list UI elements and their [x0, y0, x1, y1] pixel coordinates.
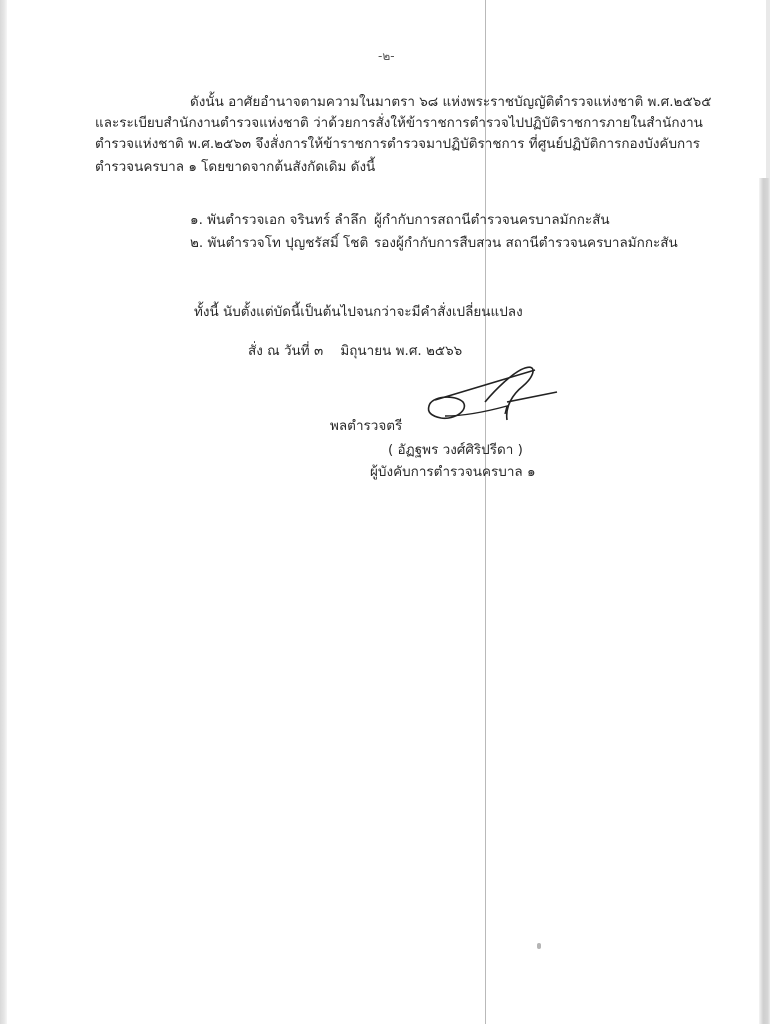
- personnel-name: ๑. พันตำรวจเอก จรินทร์ ลำลึก: [190, 210, 367, 230]
- signatory-title: ผู้บังคับการตำรวจนครบาล ๑: [370, 462, 536, 482]
- page-left-edge-shadow: [0, 0, 7, 1024]
- scan-speck: [537, 943, 541, 949]
- paragraph-line-1: ดังนั้น อาศัยอำนาจตามความในมาตรา ๖๘ แห่ง…: [190, 92, 711, 112]
- signature-icon: [425, 362, 560, 424]
- page-right-edge-shadow: [759, 178, 770, 1024]
- signatory-name: ( อัฏฐพร วงศ์ศิริปรีดา ): [388, 440, 523, 460]
- personnel-name: ๒. พันตำรวจโท ปุญชรัสมิ์ โชติ: [190, 233, 368, 253]
- personnel-position: รองผู้กำกับการสืบสวน สถานีตำรวจนครบาลมัก…: [374, 233, 678, 253]
- paragraph-line-4: ตำรวจนครบาล ๑ โดยขาดจากต้นสังกัดเดิม ดัง…: [95, 157, 375, 177]
- effective-statement: ทั้งนี้ นับตั้งแต่บัดนี้เป็นต้นไปจนกว่าจ…: [194, 302, 523, 322]
- paragraph-line-3: ตำรวจแห่งชาติ พ.ศ.๒๕๖๓ จึงสั่งการให้ข้าร…: [95, 134, 700, 154]
- page-number: -๒-: [378, 47, 395, 66]
- signatory-rank: พลตำรวจตรี: [330, 416, 402, 436]
- personnel-position: ผู้กำกับการสถานีตำรวจนครบาลมักกะสัน: [374, 210, 610, 230]
- page-right-edge-top: [766, 0, 770, 180]
- paragraph-line-2: และระเบียบสำนักงานตำรวจแห่งชาติ ว่าด้วยก…: [95, 113, 703, 133]
- order-date: สั่ง ณ วันที่ ๓ มิถุนายน พ.ศ. ๒๕๖๖: [248, 341, 462, 361]
